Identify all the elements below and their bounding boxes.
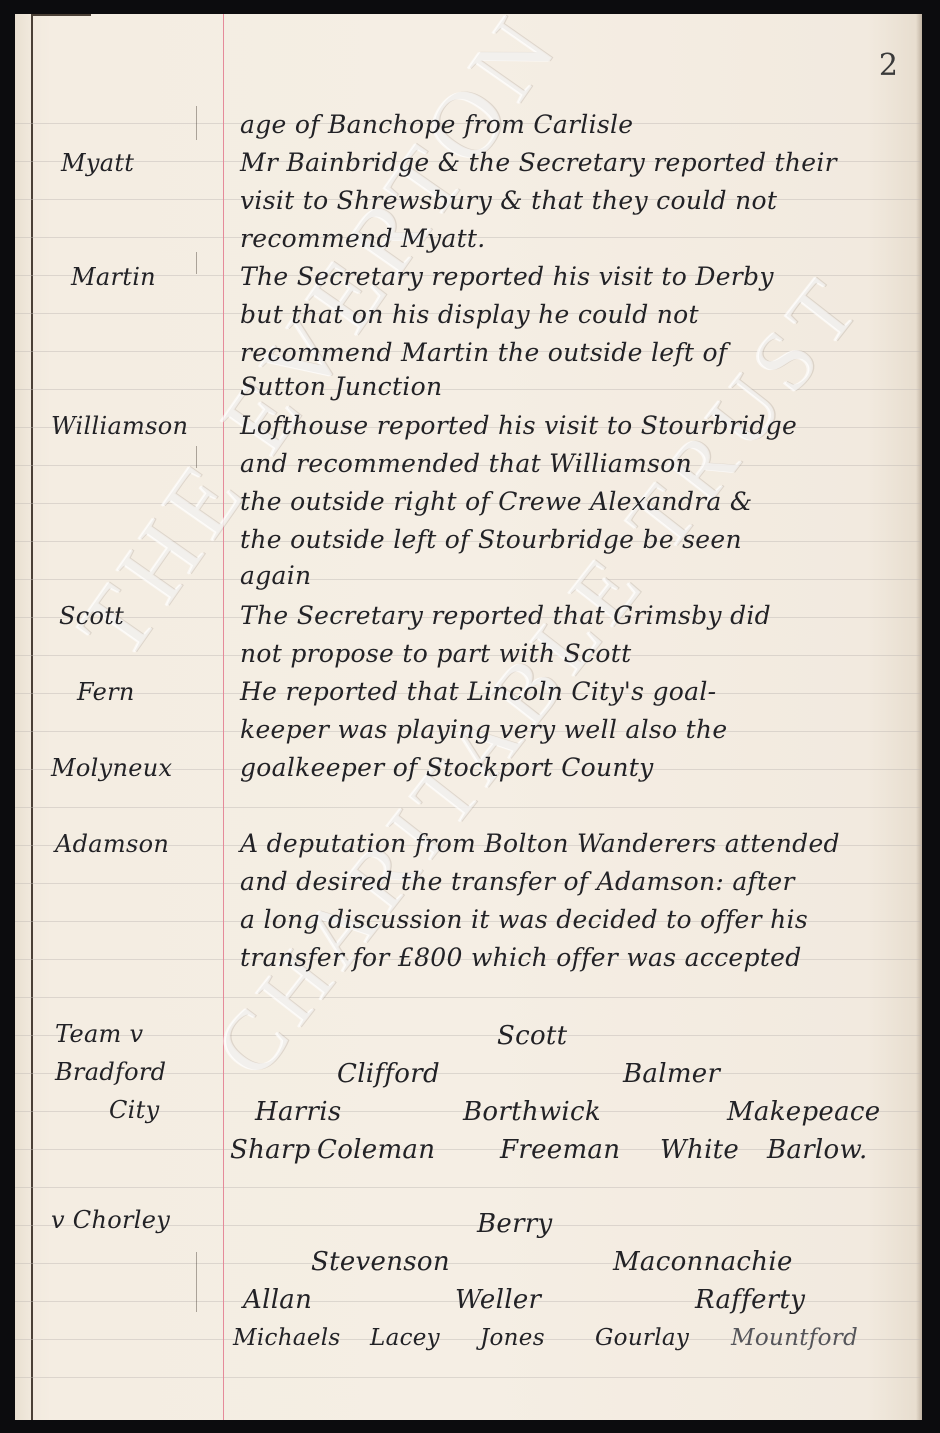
lineup-forward: Lacey <box>370 1319 440 1357</box>
margin-name-williamson: Williamson <box>51 407 188 445</box>
lineup-back: Clifford <box>337 1055 440 1093</box>
ruled-line <box>15 807 922 808</box>
entry-line: but that on his display he could not <box>240 296 699 334</box>
entry-line: goalkeeper of Stockport County <box>240 749 654 787</box>
lineup-goalkeeper: Scott <box>497 1017 567 1055</box>
ruled-line <box>15 389 922 390</box>
margin-name-fern: Fern <box>77 673 135 711</box>
team-label-line: Team v <box>55 1015 143 1053</box>
lineup-halfback: Harris <box>255 1093 342 1131</box>
margin-tick <box>196 252 197 274</box>
page-top-edge <box>31 14 91 16</box>
entry-line: Sutton Junction <box>240 368 442 406</box>
entry-line: and recommended that Williamson <box>240 445 692 483</box>
team-label-line: v Chorley <box>51 1201 170 1239</box>
entry-line: visit to Shrewsbury & that they could no… <box>240 182 777 220</box>
entry-line: A deputation from Bolton Wanderers atten… <box>240 825 840 863</box>
lineup-forward: Sharp <box>230 1131 311 1169</box>
lineup-forward: Mountford <box>731 1319 858 1357</box>
ruled-line <box>15 997 922 998</box>
margin-name-martin: Martin <box>71 258 156 296</box>
ruled-line <box>15 579 922 580</box>
margin-name-myatt: Myatt <box>61 144 134 182</box>
lineup-goalkeeper: Berry <box>477 1205 553 1243</box>
spine-fold <box>15 14 31 1420</box>
entry-line: age of Banchope from Carlisle <box>240 106 633 144</box>
margin-name-scott: Scott <box>59 597 124 635</box>
lineup-halfback: Rafferty <box>695 1281 805 1319</box>
entry-line: the outside right of Crewe Alexandra & <box>240 483 752 521</box>
lineup-forward: Coleman <box>317 1131 435 1169</box>
lineup-halfback: Makepeace <box>727 1093 880 1131</box>
entry-line: He reported that Lincoln City's goal- <box>240 673 716 711</box>
ledger-page: THE EVERTON COLLECTION CHARITABLE TRUST … <box>15 14 922 1420</box>
entry-line: Lofthouse reported his visit to Stourbri… <box>240 407 797 445</box>
ruled-line <box>15 1377 922 1378</box>
team-label-line: City <box>109 1091 159 1129</box>
lineup-halfback: Allan <box>243 1281 312 1319</box>
entry-line: transfer for £800 which offer was accept… <box>240 939 802 977</box>
margin-tick <box>196 1252 197 1312</box>
entry-line: The Secretary reported his visit to Derb… <box>240 258 774 296</box>
page-right-edge <box>916 14 922 1420</box>
entry-line: The Secretary reported that Grimsby did <box>240 597 771 635</box>
margin-tick <box>196 106 197 140</box>
entry-line: a long discussion it was decided to offe… <box>240 901 808 939</box>
page-number: 2 <box>879 48 898 83</box>
entry-line: not propose to part with Scott <box>240 635 631 673</box>
entry-line: keeper was playing very well also the <box>240 711 727 749</box>
margin-tick <box>196 446 197 468</box>
margin-name-adamson: Adamson <box>55 825 169 863</box>
entry-line: and desired the transfer of Adamson: aft… <box>240 863 795 901</box>
lineup-back: Maconnachie <box>613 1243 793 1281</box>
spine-line <box>31 14 33 1420</box>
entry-line: Mr Bainbridge & the Secretary reported t… <box>240 144 837 182</box>
entry-line: again <box>240 557 311 595</box>
lineup-forward: Gourlay <box>595 1319 689 1357</box>
team-label-line: Bradford <box>55 1053 166 1091</box>
lineup-halfback: Borthwick <box>463 1093 601 1131</box>
lineup-forward: Freeman <box>500 1131 620 1169</box>
lineup-forward: Michaels <box>233 1319 340 1357</box>
margin-rule <box>223 14 224 1420</box>
lineup-halfback: Weller <box>455 1281 541 1319</box>
entry-line: the outside left of Stourbridge be seen <box>240 521 742 559</box>
margin-name-molyneux: Molyneux <box>51 749 172 787</box>
lineup-back: Balmer <box>623 1055 720 1093</box>
lineup-forward: Jones <box>480 1319 545 1357</box>
ruled-line <box>15 1187 922 1188</box>
entry-line: recommend Myatt. <box>240 220 486 258</box>
entry-line: recommend Martin the outside left of <box>240 334 727 372</box>
lineup-back: Stevenson <box>311 1243 450 1281</box>
ruled-line <box>15 1035 922 1036</box>
lineup-forward: Barlow. <box>767 1131 868 1169</box>
lineup-forward: White <box>660 1131 739 1169</box>
